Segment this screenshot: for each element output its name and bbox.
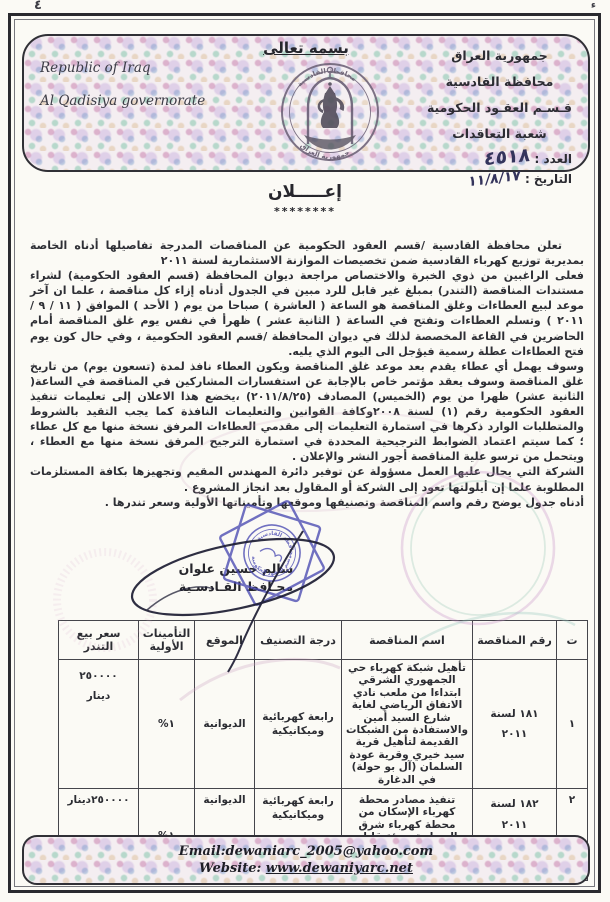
issue-number-value: ٤٥١٨ (484, 145, 531, 169)
cell-tender-price: ٢٥٠٠٠٠ دينار (59, 660, 139, 789)
body-paragraph-5: أدناه جدول يوضح رقم واسم المناقصة وتصنيف… (30, 495, 584, 510)
cell-serial: ١ (557, 660, 588, 789)
header-banner: بسمه تعالى Republic of Iraq Al Qadisiya … (22, 34, 590, 172)
body-paragraph-4: الشركة التي يحال عليها العمل مسؤولة عن ت… (30, 464, 584, 494)
column-header-tender-number: رقم المناقصة (473, 621, 557, 660)
star-stamp-text-top: محافظة القادسية (253, 526, 300, 560)
website-value: www.dewaniyarc.net (266, 861, 413, 876)
cell-tender-number: ١٨١ لسنة ٢٠١١ (473, 660, 557, 789)
cell-deposit: ١% (139, 660, 195, 789)
cell-location: الديوانية (195, 660, 255, 789)
body-paragraph-1: تعلن محافظة القادسية /قسم العقود الحكومي… (30, 238, 584, 268)
org-line-country: جمهورية العراق (427, 43, 572, 69)
column-header-tender-name: اسم المناقصة (342, 621, 473, 660)
governor-signature-block: سالم حسين علوان محـافظ القـادسـية (152, 560, 320, 596)
governorate-label-en: Al Qadisiya governorate (40, 95, 205, 109)
org-line-department: قـسـم العقـود الحكومية (427, 95, 572, 121)
website-label: Website: (199, 861, 261, 876)
title-block: إعـــــلان ******** (0, 182, 610, 218)
footer-website-line: Website: www.dewaniyarc.net (199, 860, 413, 877)
header-english-block: Republic of Iraq Al Qadisiya governorate (40, 62, 205, 108)
republic-of-iraq-label: Republic of Iraq (40, 62, 205, 76)
org-line-section: شعبة التعاقدات (427, 121, 572, 147)
cell-tender-name: تأهيل شبكة كهرباء حي الجمهوري الشرقي ابت… (342, 660, 473, 789)
governorate-seal-icon: محافظة القادسية جمهورية العراق (274, 56, 386, 168)
body-paragraph-2: فعلى الراغبين من ذوي الخبرة والاختصاص مر… (30, 268, 584, 359)
column-header-tender-price: سعر بيع التندر (59, 621, 139, 660)
margin-note-left: ٤ (34, 0, 42, 13)
column-header-location: الموقع (195, 621, 255, 660)
cell-classification: رابعة كهربائية وميكانيكية (255, 660, 342, 789)
org-line-governorate: محافظة القادسية (427, 69, 572, 95)
footer-email-line: Email:dewaniarc_2005@yahoo.com (179, 843, 433, 860)
footer-banner: Email:dewaniarc_2005@yahoo.com Website: … (22, 835, 590, 885)
governor-signature-name: سالم حسين علوان (152, 560, 320, 578)
column-header-serial: ت (557, 621, 588, 660)
column-header-classification: درجة التصنيف (255, 621, 342, 660)
svg-text:محافظة القادسية: محافظة القادسية (253, 526, 300, 560)
table-header-row: ت رقم المناقصة اسم المناقصة درجة التصنيف… (59, 621, 588, 660)
announcement-body: تعلن محافظة القادسية /قسم العقود الحكومي… (30, 238, 584, 510)
title-stars: ******** (0, 205, 610, 218)
issue-number-label: العدد : (535, 152, 572, 166)
column-header-deposit: التأمينات الأولية (139, 621, 195, 660)
email-label: Email: (179, 844, 226, 859)
governor-signature-title: محـافظ القـادسـية (152, 578, 320, 596)
table-row: ١ ١٨١ لسنة ٢٠١١ تأهيل شبكة كهرباء حي الج… (59, 660, 588, 789)
margin-note-right: ء (591, 0, 596, 11)
announcement-title: إعـــــلان (0, 182, 610, 202)
header-arabic-block: جمهورية العراق محافظة القادسية قـسـم الع… (427, 43, 572, 189)
body-paragraph-3: وسوف يهمل أي عطاء يقدم بعد موعد غلق المن… (30, 359, 584, 465)
document-page: ٤ ء بسمه تعالى Republic of Iraq Al Qadis… (0, 0, 610, 902)
email-value: dewaniarc_2005@yahoo.com (226, 844, 434, 859)
